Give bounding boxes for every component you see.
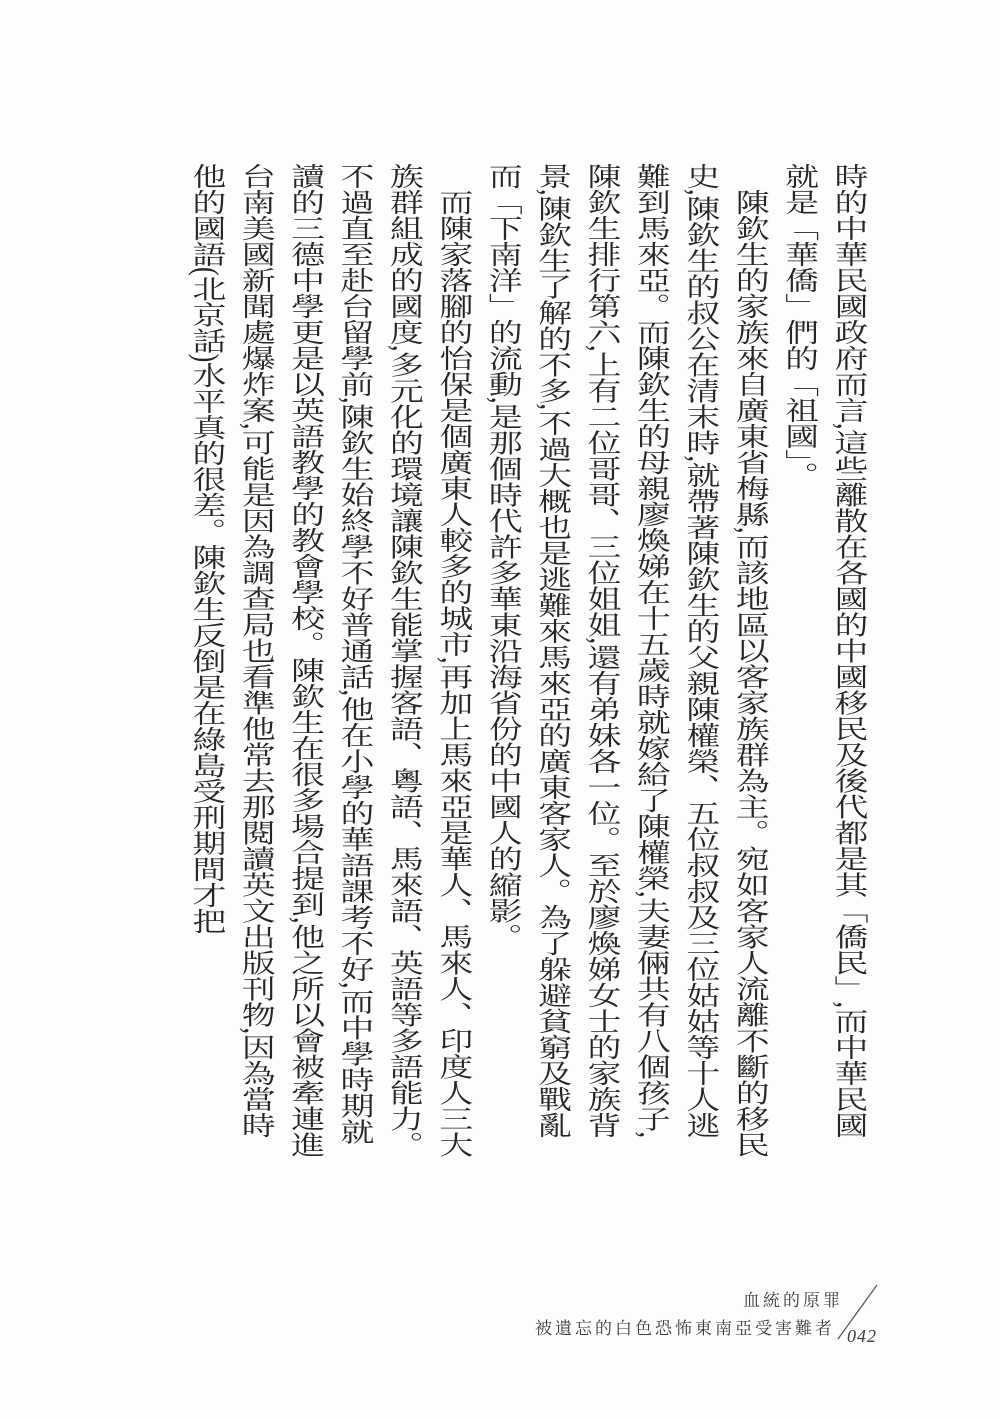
- paragraph: 而陳家落腳的怡保是個廣東人較多的城市,再加上馬來亞是華人、馬來人、印度人三大族群…: [181, 163, 477, 1163]
- page-number: 042: [847, 1326, 877, 1347]
- book-page: 時的中華民國政府而言,這些離散在各國的中國移民及後代都是其「僑民」,而中華民國就…: [0, 0, 1000, 1419]
- book-title: 血統的原罪: [743, 1286, 843, 1311]
- book-subtitle: 被遺忘的白色恐怖東南亞受害難者: [535, 1314, 835, 1339]
- paragraph: 陳欽生的家族來自廣東省梅縣,而該地區以客家族群為主。宛如客家人流離不斷的移民史,…: [478, 163, 774, 1163]
- paragraph: 時的中華民國政府而言,這些離散在各國的中國移民及後代都是其「僑民」,而中華民國就…: [774, 163, 873, 1163]
- body-text: 時的中華民國政府而言,這些離散在各國的中國移民及後代都是其「僑民」,而中華民國就…: [181, 163, 873, 1163]
